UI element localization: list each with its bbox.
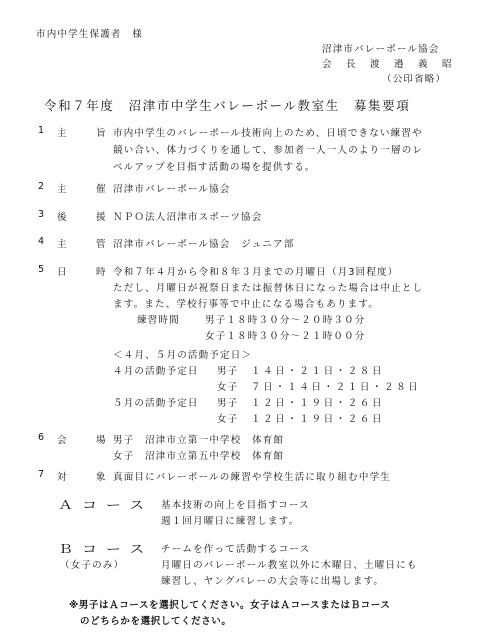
schedule-may-girls-days: １２日・１９日・２６日 (251, 411, 384, 425)
section-4-label: 主 管 (57, 236, 116, 250)
course-b-line-3: 練習し、ヤングバレーの大会等に出場します。 (161, 573, 384, 587)
sender-org: 沼津市バレーボール協会 (322, 41, 440, 55)
section-1-line-1: 市内中学生のバレーボール技術向上のため、日頃できない練習や (113, 125, 423, 139)
section-5-label: 日 時 (57, 264, 116, 278)
venue-girls: 女子 沼津市立第五中学校 体育館 (113, 448, 284, 462)
practice-time-girls: 女子１８時３０分～２１時００分 (205, 328, 366, 342)
schedule-may-label: ５月の活動予定日 (113, 395, 199, 409)
section-1-number: 1 (38, 125, 44, 136)
section-5-line-3: ます。また、学校行事等で中止になる場合もあります。 (113, 296, 379, 310)
section-6-label: 会 場 (57, 432, 116, 446)
course-b-sub: （女子のみ） (60, 557, 124, 571)
section-5-line-2: ただし、月曜日が祝祭日または振替休日になった場合は中止とし (113, 280, 423, 294)
section-1-label: 主 旨 (57, 125, 116, 139)
schedule-april-girls-days: ７日・１４日・２１日・２８日 (251, 379, 420, 393)
course-a-line-1: 基本技術の向上を目指すコース (161, 497, 310, 511)
schedule-may-boys-days: １２日・１９日・２６日 (251, 395, 384, 409)
section-3-text: ＮＰＯ法人沼津市スポーツ協会 (113, 209, 262, 223)
practice-time-boys: 男子１８時３０分～２０時３０分 (205, 312, 366, 326)
practice-time-label: 練習時間 (137, 312, 180, 326)
section-3-label: 後 援 (57, 209, 116, 223)
schedule-heading: ＜４月、５月の活動予定日＞ (113, 347, 252, 361)
section-7-label: 対 象 (57, 469, 116, 483)
section-5-line-1: 令和７年４月から令和８年３月までの月曜日（月3回程度） (113, 264, 398, 278)
section-7-number: 7 (38, 469, 44, 480)
target-text: 真面目にバレーボールの練習や学校生活に取り組む中学生 (113, 469, 391, 483)
schedule-april-label: ４月の活動予定日 (113, 363, 199, 377)
section-5-number: 5 (38, 264, 44, 275)
sender-name: 会 長 渡 邉 義 昭 (322, 56, 454, 70)
section-2-label: 主 催 (57, 181, 116, 195)
venue-boys: 男子 沼津市立第一中学校 体育館 (113, 432, 284, 446)
note-line-1: ※男子はＡコースを選択してください。女子はＡコースまたはＢコース (69, 597, 391, 611)
addressee: 市内中学生保護者 様 (36, 26, 143, 40)
course-a-line-2: 週１回月曜日に練習します。 (161, 513, 299, 527)
section-1-line-2: 競い合い、体力づくりを通して、参加者一人一人のより一層のレ (113, 142, 423, 156)
section-2-number: 2 (38, 181, 44, 192)
section-4-text: 沼津市バレーボール協会 ジュニア部 (113, 236, 295, 250)
section-2-text: 沼津市バレーボール協会 (113, 181, 231, 195)
course-b-line-1: チームを作って活動するコース (161, 541, 310, 555)
schedule-april-boys-days: １４日・２１日・２８日 (251, 363, 384, 377)
section-4-number: 4 (38, 236, 44, 247)
schedule-april-girls-gender: 女子 (217, 379, 238, 393)
note-line-2: のどちらかを選択してください。 (80, 613, 232, 627)
seal-omitted: （公印省略） (382, 71, 446, 85)
section-3-number: 3 (38, 209, 44, 220)
section-1-line-3: ベルアップを目指す活動の場を提供する。 (113, 159, 316, 173)
section-6-number: 6 (38, 432, 44, 443)
schedule-april-boys-gender: 男子 (217, 363, 238, 377)
course-b-line-2: 月曜日のバレーボール教室以外に木曜日、土曜日にも (161, 557, 418, 571)
schedule-may-boys-gender: 男子 (217, 395, 238, 409)
page-title: 令和７年度 沼津市中学生バレーボール教室生 募集要項 (44, 96, 410, 114)
course-a-name: Ａコース (58, 496, 153, 513)
course-b-name: Ｂコース (58, 540, 153, 557)
schedule-may-girls-gender: 女子 (217, 411, 238, 425)
